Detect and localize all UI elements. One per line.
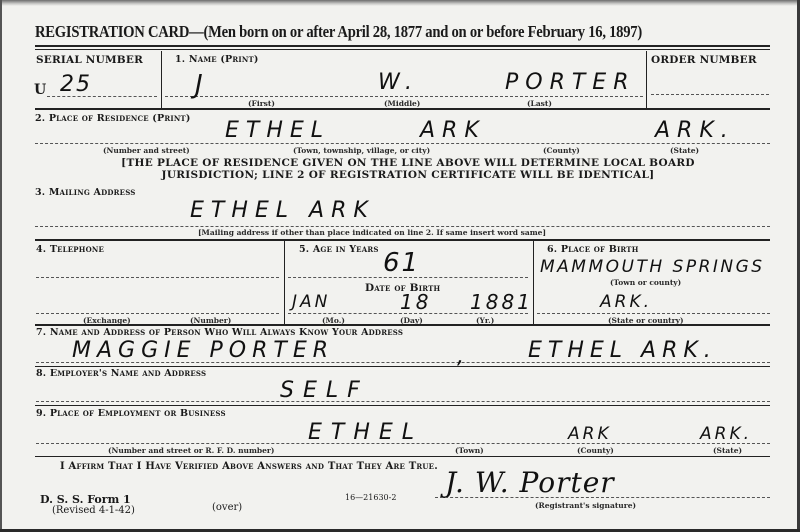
employment-town-caption: (Town): [455, 446, 484, 455]
row-rule: [35, 405, 770, 406]
residence-state-value[interactable]: ARK.: [655, 118, 735, 143]
order-number-label: ORDER NUMBER: [651, 54, 757, 66]
residence-town-value[interactable]: ETHEL: [225, 118, 330, 143]
employment-town-value[interactable]: ETHEL: [308, 420, 423, 445]
employment-county-value[interactable]: ARK: [568, 424, 612, 444]
scan-left-edge: [0, 0, 2, 532]
employment-state-caption: (State): [713, 446, 742, 455]
birth-town-caption: (Town or county): [610, 278, 681, 287]
row-rule: [35, 239, 770, 241]
signature-line: [435, 497, 770, 498]
dob-year-value[interactable]: 1881: [470, 290, 533, 314]
divider: [284, 240, 285, 324]
title-rule-thin: [35, 49, 770, 50]
divider: [161, 51, 162, 108]
order-number-line[interactable]: [651, 94, 769, 95]
contact-person-label: 7. Name and Address of Person Who Will A…: [36, 327, 403, 338]
birth-state-value[interactable]: ARK.: [600, 292, 652, 312]
town-caption: (Town, township, village, or city): [293, 146, 430, 155]
county-caption: (County): [543, 146, 580, 155]
first-caption: (First): [248, 99, 275, 108]
contact-address-value[interactable]: ETHEL ARK.: [528, 338, 717, 363]
telephone-number-line[interactable]: [36, 313, 279, 314]
mailing-line: [35, 226, 770, 227]
residence-line: [35, 143, 770, 144]
name-line: [165, 96, 643, 97]
row-rule: [35, 366, 770, 367]
age-value[interactable]: 61: [383, 248, 420, 278]
employment-street-caption: (Number and street or R. F. D. number): [108, 446, 274, 455]
card-title: REGISTRATION CARD—(Men born on or after …: [35, 22, 642, 42]
affirmation-text: I Affirm That I Have Verified Above Answ…: [60, 461, 438, 472]
serial-number-label: SERIAL NUMBER: [36, 54, 143, 66]
birth-state-line: [537, 313, 770, 314]
mailing-address-value[interactable]: ETHEL ARK: [190, 198, 375, 223]
employment-place-label: 9. Place of Employment or Business: [36, 408, 226, 419]
middle-name-value[interactable]: W.: [378, 70, 419, 95]
mailing-address-label: 3. Mailing Address: [35, 187, 136, 198]
street-caption: (Number and street): [103, 146, 190, 155]
registrant-signature[interactable]: J. W. Porter: [445, 466, 615, 499]
residence-county-value[interactable]: ARK: [420, 118, 486, 143]
row-rule: [35, 108, 770, 110]
print-code: 16—21630-2: [345, 493, 396, 502]
dob-month-value[interactable]: JAN: [292, 292, 330, 312]
row-rule: [35, 324, 770, 326]
residence-label: 2. Place of Residence (Print): [35, 113, 191, 124]
over-note: (over): [212, 502, 242, 513]
first-name-value[interactable]: J: [195, 70, 210, 100]
employer-value[interactable]: SELF: [280, 378, 369, 403]
scan-top-shadow: [0, 0, 800, 6]
state-caption: (State): [670, 146, 699, 155]
serial-prefix: U: [34, 82, 46, 98]
last-name-value[interactable]: PORTER: [505, 70, 636, 95]
age-label: 5. Age in Years: [299, 244, 379, 255]
dob-day-value[interactable]: 18: [400, 290, 431, 314]
row-rule: [35, 456, 770, 457]
telephone-exchange-line[interactable]: [36, 277, 279, 278]
jurisdiction-notice-line1: [THE PLACE OF RESIDENCE GIVEN ON THE LIN…: [88, 157, 728, 169]
divider: [646, 51, 647, 108]
divider: [533, 240, 534, 324]
employment-state-value[interactable]: ARK.: [700, 424, 752, 444]
telephone-label: 4. Telephone: [36, 244, 104, 255]
signature-caption: (Registrant's signature): [535, 501, 636, 510]
jurisdiction-notice-line2: JURISDICTION; LINE 2 OF REGISTRATION CER…: [88, 169, 728, 181]
form-revised: (Revised 4-1-42): [52, 505, 135, 516]
title-rule: [35, 45, 770, 47]
birth-town-value[interactable]: MAMMOUTH SPRINGS: [540, 257, 765, 277]
employer-label: 8. Employer's Name and Address: [36, 368, 206, 379]
last-caption: (Last): [527, 99, 552, 108]
middle-caption: (Middle): [384, 99, 420, 108]
serial-number-value[interactable]: 25: [60, 72, 92, 97]
employer-line: [36, 401, 770, 402]
mailing-caption: [Mailing address if other than place ind…: [198, 228, 546, 237]
place-of-birth-label: 6. Place of Birth: [547, 244, 639, 255]
name-label: 1. Name (Print): [175, 54, 259, 65]
contact-name-value[interactable]: MAGGIE PORTER: [72, 338, 334, 363]
employment-county-caption: (County): [577, 446, 614, 455]
